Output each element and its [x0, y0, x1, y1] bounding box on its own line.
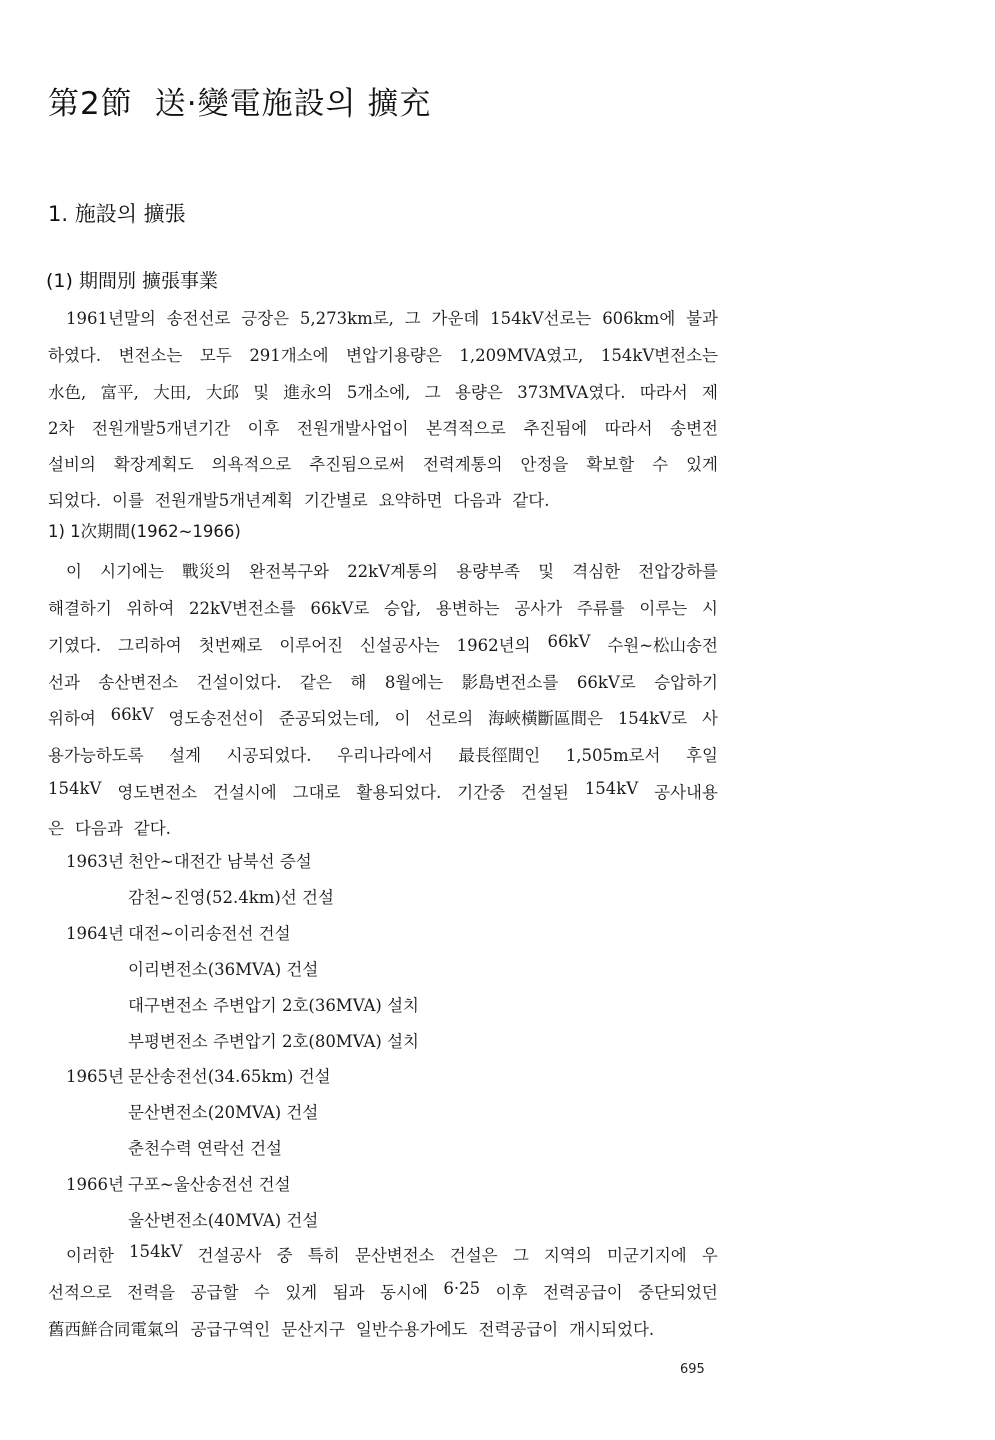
list-text: 울산변전소(40MVA) 건설	[128, 1211, 318, 1230]
text-line: 舊西鮮合同電氣의공급구역인문산지구일반수용가에도전력공급이개시되었다.	[48, 1316, 718, 1340]
list-text: 문산변전소(20MVA) 건설	[128, 1103, 318, 1122]
word: 위하여	[48, 705, 96, 729]
text-line: 선과송산변전소건설이었다.같은해8월에는影島변전소를66kV로승압하기	[48, 669, 718, 693]
list-item: 춘천수력 연락선 건설	[66, 1135, 282, 1159]
word: 大邱	[206, 379, 239, 403]
word: 제	[702, 379, 718, 403]
word: 154kV	[48, 779, 101, 803]
list-text: 대구변전소 주변압기 2호(36MVA) 설치	[128, 996, 419, 1015]
word: 大田,	[153, 379, 191, 403]
word: 2차	[48, 415, 74, 439]
text-line: 하였다.변전소는모두291개소에변압기용량은1,209MVA였고,154kV변전…	[48, 342, 718, 366]
word: 舊西鮮合同電氣의	[48, 1316, 179, 1340]
text-line: 용가능하도록설계시공되었다.우리나라에서最長徑間인1,505m로서후일	[48, 742, 718, 766]
word: 확장계획도	[114, 451, 194, 475]
list-year: 1966년	[66, 1171, 128, 1195]
list-item: 1966년구포~울산송전선 건설	[66, 1171, 291, 1195]
chapter-heading: 送·變電施設의 擴充	[155, 86, 432, 122]
word: 海峽橫斷區間은	[488, 705, 603, 729]
word: 우리나라에서	[337, 742, 433, 766]
word: 격심한	[572, 558, 620, 582]
word: 다음과	[454, 487, 502, 511]
list-text: 부평변전소 주변압기 2호(80MVA) 설치	[128, 1032, 419, 1051]
word: 문산지구	[281, 1316, 345, 1340]
word: 완전복구와	[249, 558, 329, 582]
word: 66kV로	[577, 669, 636, 693]
word: 進永의	[284, 379, 333, 403]
word: 용가능하도록	[48, 742, 144, 766]
text-line: 기였다.그리하여첫번째로이루어진신설공사는1962년의66kV수원~松山송전	[48, 632, 718, 656]
word: 5개소에,	[347, 379, 411, 403]
list-text: 문산송전선(34.65km) 건설	[128, 1067, 331, 1086]
word: 문산변전소	[355, 1242, 435, 1266]
text-line: 이러한154kV건설공사중특히문산변전소건설은그지역의미군기지에우	[66, 1242, 718, 1266]
word: 하였다.	[48, 342, 101, 366]
list-text: 천안~대전간 남북선 증설	[128, 852, 312, 871]
list-text: 감천~진영(52.4km)선 건설	[128, 888, 334, 907]
word: 영도변전소	[117, 779, 197, 803]
word: 이후	[496, 1279, 528, 1303]
word: 1,209MVA였고,	[459, 342, 583, 366]
word: 후일	[686, 742, 718, 766]
word: 변전소는	[119, 342, 183, 366]
word: 선적으로	[48, 1279, 112, 1303]
word: 시	[702, 595, 718, 619]
word: 시기에는	[100, 558, 164, 582]
word: 설비의	[48, 451, 96, 475]
word: 모두	[200, 342, 232, 366]
word: 영도송전선이	[168, 705, 264, 729]
word: 전원개발사업이	[297, 415, 409, 439]
word: 요약하면	[379, 487, 443, 511]
word: 있게	[686, 451, 718, 475]
text-line: 선적으로전력을공급할수있게됨과동시에6·25이후전력공급이중단되었던	[48, 1279, 718, 1303]
list-item: 부평변전소 주변압기 2호(80MVA) 설치	[66, 1028, 419, 1052]
word: 같은	[300, 669, 332, 693]
word: 공급할	[191, 1279, 239, 1303]
list-item: 1965년문산송전선(34.65km) 건설	[66, 1063, 331, 1087]
word: 공사내용	[654, 779, 718, 803]
list-item: 1964년대전~이리송전선 건설	[66, 920, 291, 944]
word: 불과	[686, 305, 718, 329]
word: 해결하기	[48, 595, 112, 619]
section-title: 1. 施設의 擴張	[48, 198, 186, 228]
word: 중단되었던	[638, 1279, 718, 1303]
word: 따라서	[605, 415, 653, 439]
word: 변압기용량은	[346, 342, 442, 366]
word: 水色,	[48, 379, 86, 403]
word: 선로의	[425, 705, 473, 729]
chapter-number: 第2節	[48, 86, 133, 122]
word: 본격적으로	[426, 415, 506, 439]
word: 기간중	[457, 779, 505, 803]
word: 용변하는	[436, 595, 500, 619]
word: 8월에는	[385, 669, 443, 693]
word: 66kV로	[310, 595, 369, 619]
word: 송전선로	[167, 305, 231, 329]
word: 개시되었다.	[569, 1316, 654, 1340]
word: 우	[702, 1242, 718, 1266]
word: 동시에	[380, 1279, 428, 1303]
document-page: 第2節送·變電施設의 擴充 1. 施設의 擴張 (1) 期間別 擴張事業 196…	[0, 0, 995, 1440]
word: 수	[652, 451, 668, 475]
word: 기였다.	[48, 632, 101, 656]
word: 1962년의	[457, 632, 531, 656]
word: 따라서	[640, 379, 688, 403]
word: 되었다.	[48, 487, 101, 511]
list-item: 울산변전소(40MVA) 건설	[66, 1207, 318, 1231]
word: 전원개발5개년계획	[155, 487, 293, 511]
word: 가운데	[432, 305, 480, 329]
list-text: 이리변전소(36MVA) 건설	[128, 960, 318, 979]
text-line: 1961년말의송전선로긍장은5,273km로,그가운데154kV선로는606km…	[66, 305, 718, 329]
word: 154kV로	[618, 705, 687, 729]
text-line: 해결하기위하여22kV변전소를66kV로승압,용변하는공사가주류를이루는시	[48, 595, 718, 619]
word: 사	[702, 705, 718, 729]
text-line: 은다음과같다.	[48, 815, 718, 839]
subsection-title: (1) 期間別 擴張事業	[46, 266, 218, 293]
word: 22kV변전소를	[189, 595, 296, 619]
word: 1,505m로서	[566, 742, 661, 766]
word: 추진됨에	[523, 415, 587, 439]
list-item: 감천~진영(52.4km)선 건설	[66, 884, 334, 908]
word: 그리하여	[118, 632, 182, 656]
word: 전원개발5개년기간	[92, 415, 230, 439]
word: 건설공사	[198, 1242, 262, 1266]
word: 있게	[285, 1279, 317, 1303]
word: 5,273km로,	[300, 305, 394, 329]
period-heading: 1) 1次期間(1962~1966)	[48, 518, 241, 542]
list-text: 춘천수력 연락선 건설	[128, 1139, 282, 1158]
word: 이루는	[639, 595, 687, 619]
word: 일반수용가에도	[356, 1316, 468, 1340]
page-number: 695	[680, 1362, 705, 1377]
text-line: 이시기에는戰災의완전복구와22kV계통의용량부족및격심한전압강하를	[66, 558, 718, 582]
word: 건설된	[521, 779, 569, 803]
text-line: 위하여66kV영도송전선이준공되었는데,이선로의海峽橫斷區間은154kV로사	[48, 705, 718, 729]
word: 같다.	[512, 487, 549, 511]
word: 활용되었다.	[356, 779, 441, 803]
word: 승압하기	[654, 669, 718, 693]
word: 신설공사는	[360, 632, 440, 656]
list-year: 1965년	[66, 1063, 128, 1087]
word: 특히	[308, 1242, 340, 1266]
word: 그	[405, 305, 421, 329]
word: 용량부족	[456, 558, 520, 582]
word: 이	[395, 705, 411, 729]
word: 설계	[169, 742, 201, 766]
word: 위하여	[126, 595, 174, 619]
text-line: 2차전원개발5개년기간이후전원개발사업이본격적으로추진됨에따라서송변전	[48, 415, 718, 439]
word: 승압,	[384, 595, 421, 619]
word: 건설은	[450, 1242, 498, 1266]
word: 다음과	[75, 815, 123, 839]
word: 전력을	[127, 1279, 175, 1303]
list-item: 문산변전소(20MVA) 건설	[66, 1099, 318, 1123]
word: 안정을	[521, 451, 569, 475]
word: 이러한	[66, 1242, 114, 1266]
word: 의욕적으로	[212, 451, 292, 475]
word: 154kV	[129, 1242, 182, 1266]
list-text: 대전~이리송전선 건설	[128, 924, 291, 943]
text-line: 되었다.이를전원개발5개년계획기간별로요약하면다음과같다.	[48, 487, 718, 511]
word: 시공되었다.	[227, 742, 312, 766]
word: 수	[254, 1279, 270, 1303]
text-line: 설비의확장계획도의욕적으로추진됨으로써전력계통의안정을확보할수있게	[48, 451, 718, 475]
list-item: 1963년천안~대전간 남북선 증설	[66, 848, 312, 872]
word: 전력계통의	[423, 451, 503, 475]
word: 이루어진	[279, 632, 343, 656]
list-year: 1964년	[66, 920, 128, 944]
list-item: 대구변전소 주변압기 2호(36MVA) 설치	[66, 992, 419, 1016]
word: 影島변전소를	[462, 669, 559, 693]
word: 最長徑間인	[458, 742, 540, 766]
word: 건설이었다.	[197, 669, 282, 693]
word: 戰災의	[182, 558, 231, 582]
word: 추진됨으로써	[309, 451, 405, 475]
word: 이후	[248, 415, 280, 439]
word: 그대로	[293, 779, 341, 803]
word: 선과	[48, 669, 80, 693]
word: 전압강하를	[638, 558, 718, 582]
word: 그	[513, 1242, 529, 1266]
word: 및	[538, 558, 554, 582]
word: 6·25	[443, 1279, 480, 1303]
word: 66kV	[547, 632, 590, 656]
word: 이	[66, 558, 82, 582]
word: 같다.	[134, 815, 171, 839]
text-line: 154kV영도변전소건설시에그대로활용되었다.기간중건설된154kV공사내용	[48, 779, 718, 803]
word: 1961년말의	[66, 305, 156, 329]
word: 및	[253, 379, 269, 403]
word: 중	[277, 1242, 293, 1266]
word: 공급구역인	[190, 1316, 270, 1340]
word: 그	[425, 379, 441, 403]
word: 富平,	[101, 379, 139, 403]
word: 373MVA였다.	[517, 379, 625, 403]
word: 건설시에	[213, 779, 277, 803]
word: 66kV	[111, 705, 154, 729]
word: 291개소에	[249, 342, 328, 366]
word: 154kV	[585, 779, 638, 803]
word: 은	[48, 815, 64, 839]
word: 기간별로	[304, 487, 368, 511]
word: 긍장은	[241, 305, 289, 329]
word: 송산변전소	[98, 669, 178, 693]
list-item: 이리변전소(36MVA) 건설	[66, 956, 318, 980]
word: 확보할	[586, 451, 634, 475]
word: 이를	[112, 487, 144, 511]
word: 지역의	[544, 1242, 592, 1266]
word: 수원~松山송전	[607, 632, 718, 656]
word: 송변전	[670, 415, 718, 439]
word: 준공되었는데,	[279, 705, 380, 729]
word: 154kV변전소는	[601, 342, 718, 366]
chapter-title: 第2節送·變電施設의 擴充	[48, 78, 431, 123]
list-year: 1963년	[66, 848, 128, 872]
word: 용량은	[455, 379, 503, 403]
text-line: 水色,富平,大田,大邱및進永의5개소에,그용량은373MVA였다.따라서제	[48, 379, 718, 403]
word: 606km에	[602, 305, 675, 329]
word: 전력공급이	[543, 1279, 623, 1303]
word: 공사가	[514, 595, 562, 619]
word: 전력공급이	[479, 1316, 559, 1340]
word: 154kV선로는	[490, 305, 591, 329]
word: 22kV계통의	[347, 558, 438, 582]
list-text: 구포~울산송전선 건설	[128, 1175, 291, 1194]
word: 첫번째로	[199, 632, 263, 656]
word: 됨과	[333, 1279, 365, 1303]
word: 미군기지에	[607, 1242, 687, 1266]
word: 주류를	[577, 595, 625, 619]
word: 해	[350, 669, 366, 693]
